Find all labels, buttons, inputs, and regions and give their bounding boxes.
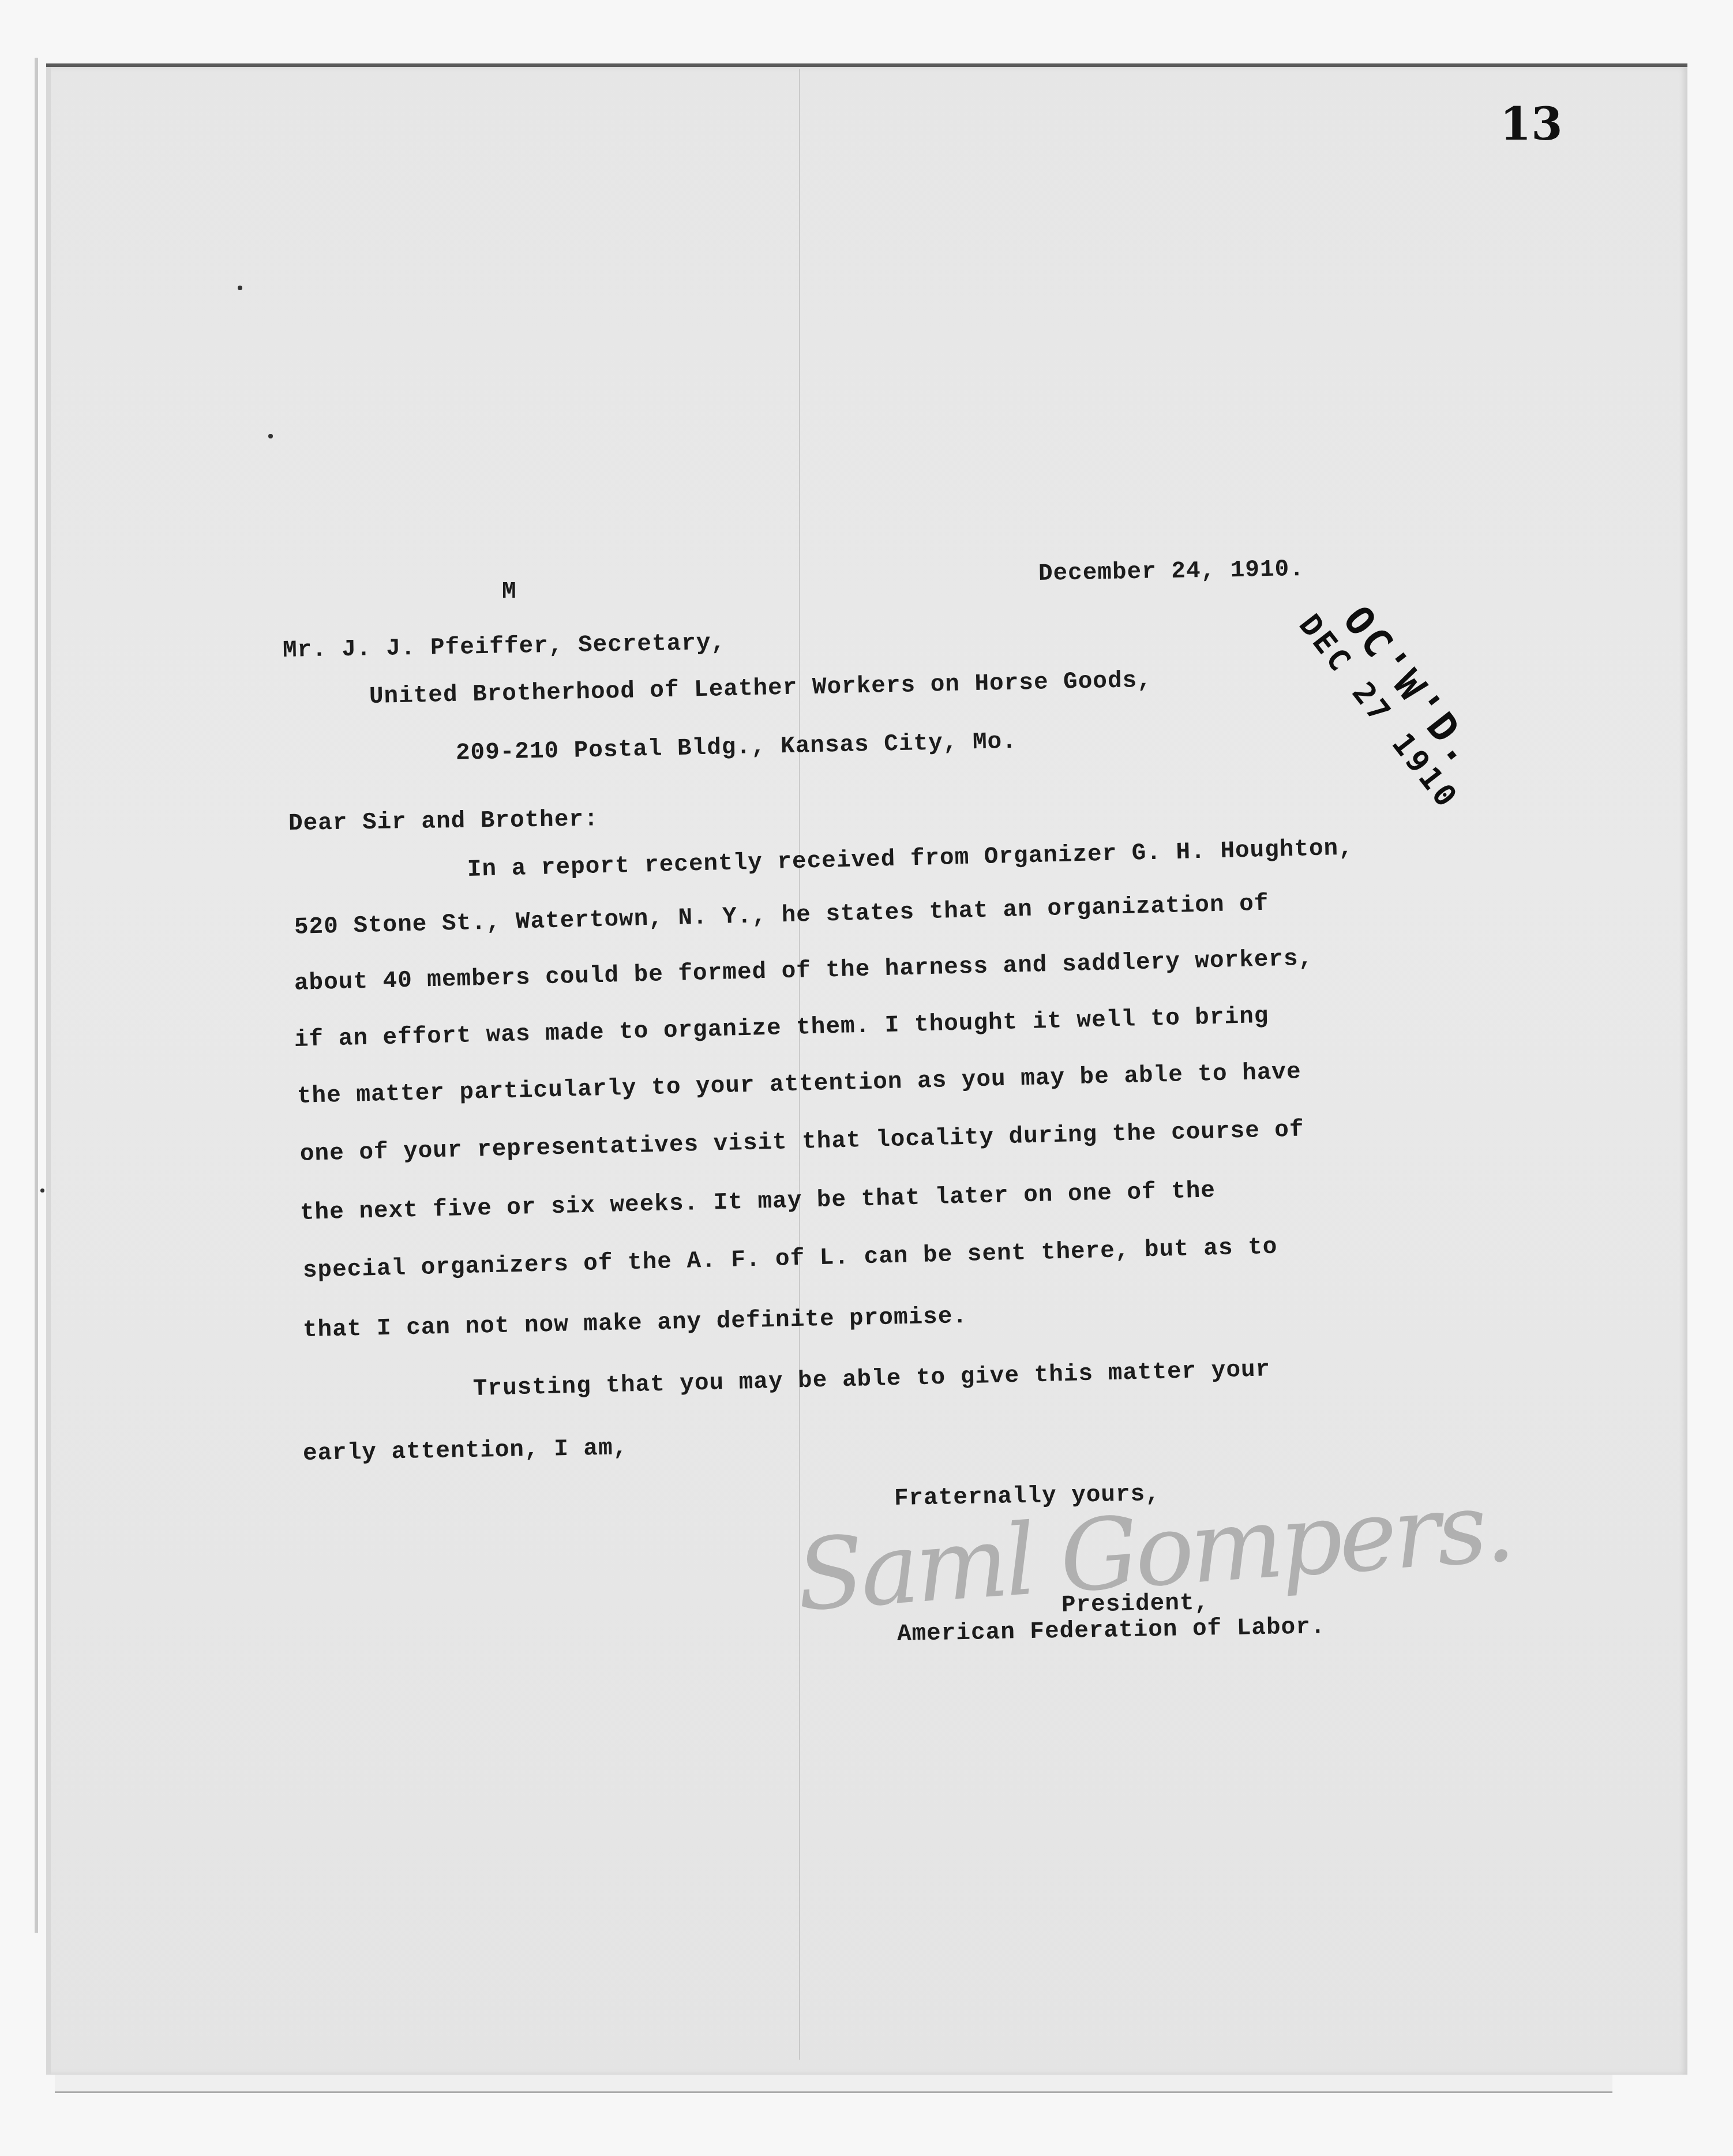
signer-title: President, [1061,1590,1210,1619]
ink-speck [238,286,242,290]
paper-crease [799,69,800,2060]
reference-initial: M [502,579,517,605]
body-line-11: early attention, I am, [303,1435,628,1467]
salutation: Dear Sir and Brother: [288,806,599,837]
underlying-sheet-edge [35,58,38,1933]
ink-speck [40,1188,44,1193]
letter-date: December 24, 1910. [1038,556,1305,587]
ink-speck [268,434,273,438]
page-number: 13 [1500,98,1563,151]
